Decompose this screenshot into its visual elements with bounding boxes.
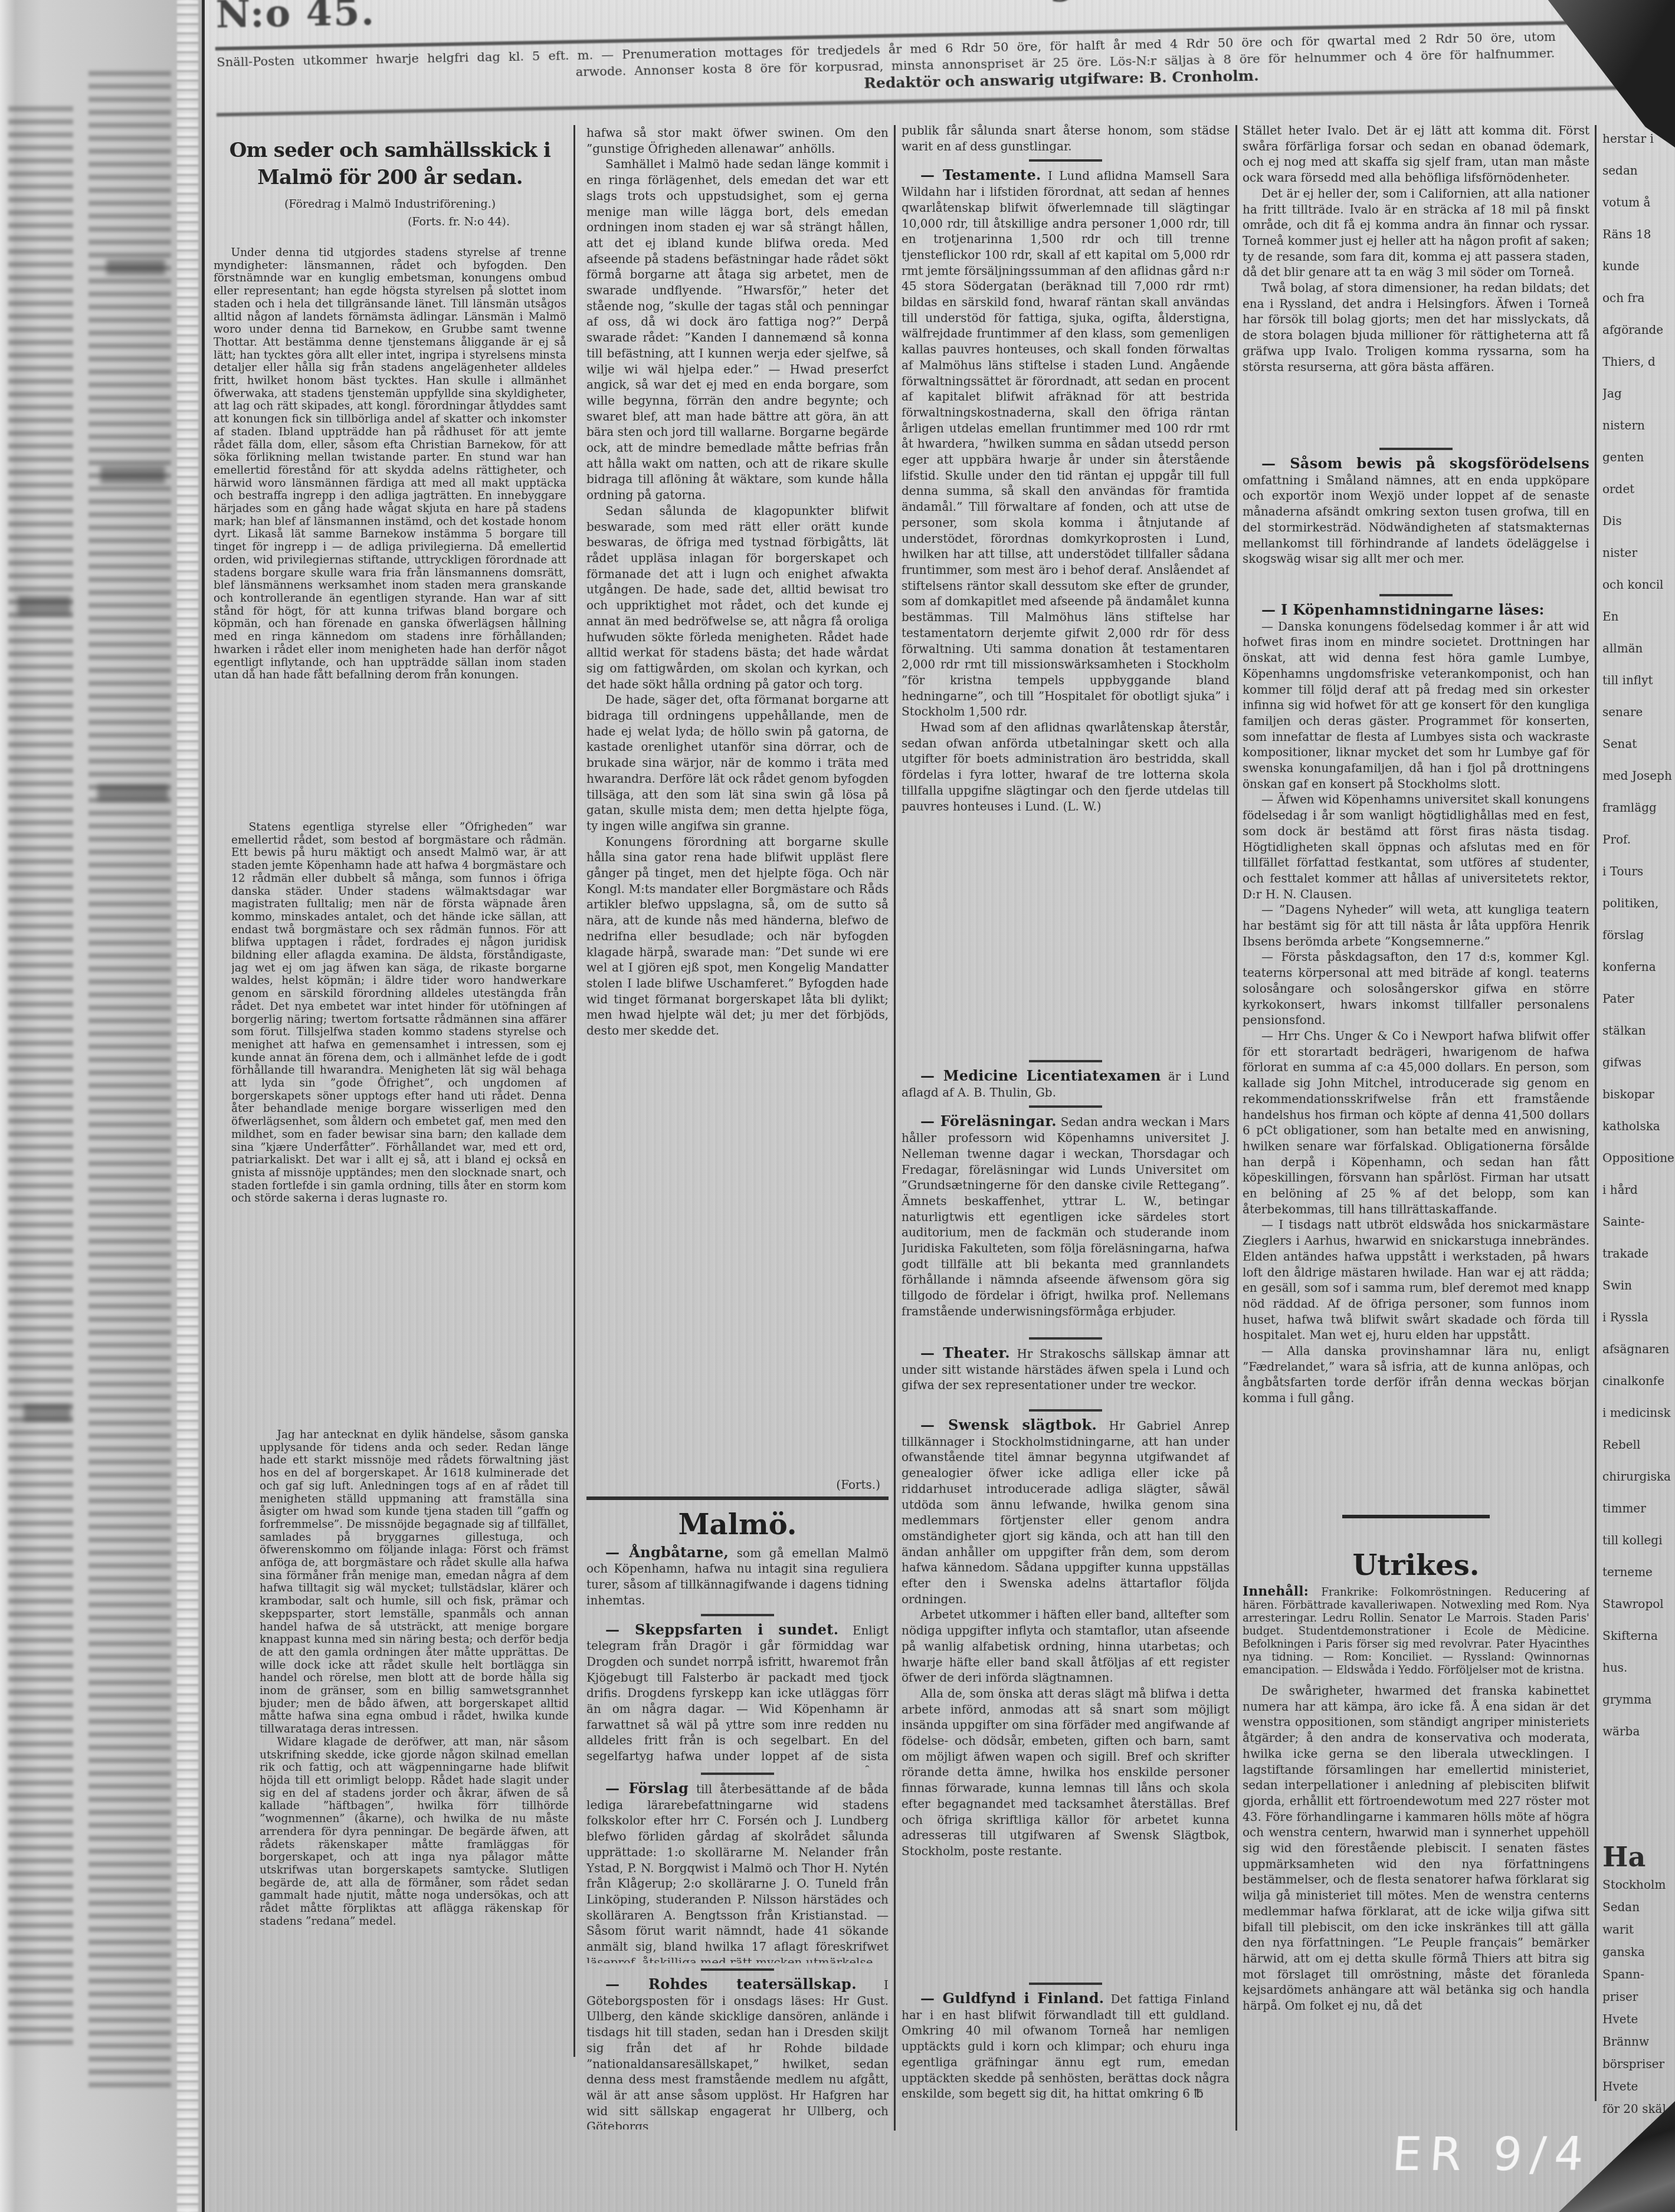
text-fragment: Hvete (1602, 2008, 1675, 2030)
paragraph: — Medicine Licentiatexamen är i Lund afl… (902, 1068, 1230, 1100)
ghost-ad-heading (24, 1404, 71, 1422)
text-fragment: i Tours (1602, 855, 1675, 887)
text-fragment: ordet (1602, 473, 1675, 505)
text-fragment: Stockholm (1602, 1873, 1675, 1896)
paragraph: Widare klagade de deröfwer, att man, när… (260, 1736, 569, 1928)
section-malmo: (Forts.)Malmö.— Ångbåtarne, som gå emell… (586, 1477, 889, 1767)
ghost-ad-heading (106, 260, 165, 275)
divider (1029, 1337, 1102, 1340)
item-heading: — Föreläsningar. (920, 1112, 1057, 1130)
news-ivalo: Stället heter Ivalo. Det är ej lätt att … (1243, 123, 1589, 442)
text-fragment: Swin (1602, 1269, 1675, 1301)
text-fragment: genten (1602, 441, 1675, 473)
article-continuation: hafwa så stor makt öfwer swinen. Om den … (586, 125, 889, 1477)
article-malmo-200-years-part-1: Om seder och samhällsskick i Malmö för 2… (214, 137, 566, 821)
continuation-note: (Forts. fr. N:o 44). (214, 215, 566, 229)
paragraph: Konungens förordning att borgarne skulle… (586, 834, 889, 1039)
paragraph: Samhället i Malmö hade sedan länge kommi… (586, 156, 889, 503)
issue-date: Fredagen den 8 April. (939, 0, 1356, 5)
divider (1029, 1409, 1102, 1412)
paragraph: De hade, säger det, ofta förmanat borgar… (586, 692, 889, 833)
issue-number: N:o 45. (215, 0, 376, 37)
paragraph: Arbetet utkommer i häften eller band, al… (902, 1607, 1230, 1686)
section-divider (1342, 1515, 1490, 1518)
item-heading: Innehåll: (1243, 1584, 1309, 1599)
section-divider (586, 1496, 889, 1500)
text-fragment: börspriser (1602, 2053, 1675, 2075)
paragraph: — Föreläsningar. Sedan andra weckan i Ma… (902, 1114, 1230, 1319)
text-fragment: konferna (1602, 951, 1675, 983)
text-fragment: i medicinsk (1602, 1397, 1675, 1429)
column-divider (1595, 125, 1597, 2101)
divider (701, 1773, 774, 1775)
text-fragment: politiken, (1602, 887, 1675, 919)
paragraph: Sedan sålunda de klagopunkter blifwit be… (586, 503, 889, 692)
column-divider (894, 125, 896, 2131)
text-fragment: med Joseph (1602, 760, 1675, 792)
section-heading: Malmö. (586, 1508, 889, 1541)
text-fragment: timmer (1602, 1492, 1675, 1524)
news-rohdes-teatersallskap: — Rohdes teatersällskap. I Göteborgspost… (586, 1963, 889, 2129)
text-fragment: Sainte- (1602, 1206, 1675, 1238)
divider (1379, 448, 1453, 450)
paragraph: — Alla danska provinshamnar lära nu, enl… (1243, 1343, 1589, 1406)
news-skogsforodelse: — Såsom bewis på skogsförödelsens omfatt… (1243, 442, 1589, 589)
text-fragment: Oppositione (1602, 1142, 1675, 1174)
news-kopenhamn: — I Köpenhamnstidningarne läses:— Danska… (1243, 589, 1589, 1511)
ghost-ad-heading (18, 596, 71, 616)
ghost-text-column (88, 71, 171, 2088)
text-fragment: och koncil (1602, 569, 1675, 600)
text-fragment: Prof. (1602, 823, 1675, 855)
ghost-text-column (8, 106, 73, 2053)
item-heading: — Theater. (920, 1344, 1010, 1361)
paragraph: — Hrr Chs. Unger & Co i Newport hafwa bl… (1243, 1028, 1589, 1217)
paragraph: Stället heter Ivalo. Det är ej lätt att … (1243, 123, 1589, 186)
continued-note: (Forts.) (586, 1477, 889, 1493)
news-medicine-forelasningar: — Medicine Licentiatexamen är i Lund afl… (902, 1055, 1230, 1332)
article-malmo-200-years-part-3: Jag har antecknat en dylik händelse, sås… (260, 1429, 569, 2055)
text-fragment: i hård (1602, 1174, 1675, 1206)
news-testamente: publik får sålunda snart återse honom, s… (902, 123, 1230, 1055)
text-fragment: nistern (1602, 409, 1675, 441)
section-heading: Utrikes. (1243, 1549, 1589, 1582)
section-heading-fragment: Ha (1602, 1840, 1675, 1873)
text-fragment: allmän (1602, 632, 1675, 664)
item-heading: — Testamente. (920, 166, 1041, 183)
divider (701, 1968, 774, 1971)
previous-page-edge (0, 0, 205, 2212)
text-fragment: Brännw (1602, 2030, 1675, 2053)
text-fragment: och fra (1602, 282, 1675, 314)
paragraph: hafwa så stor makt öfwer swinen. Om den … (586, 125, 889, 156)
paragraph: — Danska konungens födelsedag kommer i å… (1243, 619, 1589, 792)
text-fragment: trakade (1602, 1238, 1675, 1269)
text-fragment: sedan (1602, 155, 1675, 186)
text-fragment: kunde (1602, 250, 1675, 282)
paragraph: Alla de, som önska att deras slägt må bl… (902, 1686, 1230, 1859)
text-fragment: Stawropol (1602, 1588, 1675, 1620)
item-heading: — Medicine Licentiatexamen (920, 1067, 1161, 1084)
text-fragment: stälkan (1602, 1015, 1675, 1046)
ghost-ad-heading (97, 785, 168, 801)
text-fragment: till kollegi (1602, 1524, 1675, 1556)
divider (701, 1614, 774, 1616)
paragraph: publik får sålunda snart återse honom, s… (902, 123, 1230, 154)
paragraph: Det är ej heller der, som i Californien,… (1243, 186, 1589, 280)
text-fragment: priser (1602, 1985, 1675, 2008)
paragraph: — Såsom bewis på skogsförödelsens omfatt… (1243, 456, 1589, 567)
text-fragment: senare (1602, 696, 1675, 728)
article-title: Om seder och samhällsskick i Malmö för 2… (214, 137, 566, 191)
item-heading: — I Köpenhamnstidningarne läses: (1261, 601, 1545, 618)
paragraph: — Swensk slägtbok. Hr Gabriel Anrep till… (902, 1417, 1230, 1607)
news-guldfynd-i-finland: — Guldfynd i Finland. Det fattiga Finlan… (902, 1977, 1230, 2129)
paragraph: — I tisdags natt utbröt eldswåda hos sni… (1243, 1217, 1589, 1343)
text-fragment: Senat (1602, 728, 1675, 760)
paragraph: — Testamente. I Lund aflidna Mamsell Sar… (902, 168, 1230, 720)
paragraph: Statens egentliga styrelse eller ”Öfrigh… (231, 821, 566, 1205)
text-fragment: Spann- (1602, 1963, 1675, 1985)
paragraph: — Theater. Hr Strakoschs sällskap ämnar … (902, 1345, 1230, 1393)
item-heading: — Såsom bewis på skogsförödelsens (1261, 455, 1589, 472)
paragraph: — Ångbåtarne, som gå emellan Malmö och K… (586, 1545, 889, 1609)
paragraph: Twå bolag, af stora dimensioner, ha reda… (1243, 280, 1589, 375)
text-fragment: Hvete (1602, 2075, 1675, 2098)
item-heading: — Ångbåtarne, (605, 1544, 729, 1561)
text-fragment: Sedan (1602, 1896, 1675, 1918)
paragraph: — Skeppsfarten i sundet. Enligt telegram… (586, 1622, 889, 1767)
divider (1379, 594, 1453, 596)
text-fragment: Thiers, d (1602, 346, 1675, 378)
paragraph: Under denna tid utgjordes stadens styrel… (214, 247, 566, 682)
cropped-column-market: HaStockholmSedanwaritganskaSpann-priserH… (1602, 1840, 1675, 2124)
divider (1029, 1983, 1102, 1985)
text-fragment: afsägnaren (1602, 1333, 1675, 1365)
text-fragment: wärba (1602, 1715, 1675, 1747)
item-heading: — Förslag (605, 1780, 689, 1797)
paragraph: — Guldfynd i Finland. Det fattiga Finlan… (902, 1991, 1230, 2102)
column-divider (573, 125, 575, 2057)
text-fragment: Rebell (1602, 1429, 1675, 1461)
text-fragment: i Ryssla (1602, 1301, 1675, 1333)
paragraph: — Första påskdagsafton, den 17 d:s, komm… (1243, 949, 1589, 1028)
text-fragment: ganska (1602, 1941, 1675, 1963)
item-heading: — Skeppsfarten i sundet. (605, 1621, 838, 1638)
text-fragment: biskopar (1602, 1078, 1675, 1110)
paragraph: — Rohdes teatersällskap. I Göteborgspost… (586, 1977, 889, 2129)
paragraph: — Förslag till återbesättande af de båda… (586, 1781, 889, 1963)
text-fragment: hus. (1602, 1652, 1675, 1683)
divider (1029, 1105, 1102, 1108)
text-fragment: Räns 18 (1602, 218, 1675, 250)
paragraph: — Äfwen wid Köpenhamns universitet skall… (1243, 792, 1589, 902)
paragraph: De swårigheter, hwarmed det franska kabi… (1243, 1683, 1589, 2014)
paragraph: Jag har antecknat en dylik händelse, sås… (260, 1429, 569, 1736)
masthead: N:o 45. Fredagen den 8 April. Snäll-Post… (202, 0, 1574, 127)
article-malmo-200-years-part-2: Statens egentliga styrelse eller ”Öfrigh… (231, 821, 566, 1427)
text-fragment: Skifterna (1602, 1620, 1675, 1652)
paragraph: — I Köpenhamnstidningarne läses: (1243, 602, 1589, 619)
paragraph: Hwad som af den aflidnas qwarlåtenskap å… (902, 720, 1230, 814)
text-fragment: Jag (1602, 378, 1675, 409)
section-utrikes: Utrikes.Innehåll: Frankrike: Folkomröstn… (1243, 1511, 1589, 2128)
news-forslag: — Förslag till återbesättande af de båda… (586, 1767, 889, 1963)
text-fragment: warit (1602, 1918, 1675, 1941)
column-divider (1235, 125, 1237, 2131)
news-swensk-slagtbok: — Swensk slägtbok. Hr Gabriel Anrep till… (902, 1404, 1230, 1977)
text-fragment: nister (1602, 537, 1675, 569)
cropped-column: herstar isedanvotum åRäns 18kundeoch fra… (1602, 123, 1675, 1833)
news-theater: — Theater. Hr Strakoschs sällskap ämnar … (902, 1332, 1230, 1404)
page-curl-highlight (177, 0, 198, 2212)
text-fragment: förslag (1602, 919, 1675, 951)
divider (1029, 159, 1102, 162)
text-fragment: cinalkonfe (1602, 1365, 1675, 1397)
ghost-ad-heading (100, 466, 165, 484)
item-heading: — Rohdes teatersällskap. (605, 1975, 857, 1993)
text-fragment: till inflyt (1602, 664, 1675, 696)
text-fragment: En (1602, 600, 1675, 632)
article-subtitle: (Föredrag i Malmö Industriförening.) (214, 197, 566, 211)
text-fragment: terneme (1602, 1556, 1675, 1588)
text-fragment: framlägg (1602, 792, 1675, 823)
text-fragment: chirurgiska (1602, 1461, 1675, 1492)
text-fragment: afgörande (1602, 314, 1675, 346)
item-heading: — Swensk slägtbok. (920, 1416, 1097, 1433)
item-heading: — Guldfynd i Finland. (920, 1990, 1104, 2007)
paragraph: — ”Dagens Nyheder” will weta, att kungli… (1243, 902, 1589, 949)
text-fragment: grymma (1602, 1683, 1675, 1715)
text-fragment: Pater (1602, 983, 1675, 1015)
divider (1029, 1060, 1102, 1062)
text-fragment: gifwas (1602, 1046, 1675, 1078)
text-fragment: Dis (1602, 505, 1675, 537)
contents-summary: Innehåll: Frankrike: Folkomröstningen. R… (1243, 1586, 1589, 1677)
handwritten-annotation: ER 9/4 (1391, 2128, 1594, 2181)
text-fragment: votum å (1602, 186, 1675, 218)
text-fragment: katholska (1602, 1110, 1675, 1142)
